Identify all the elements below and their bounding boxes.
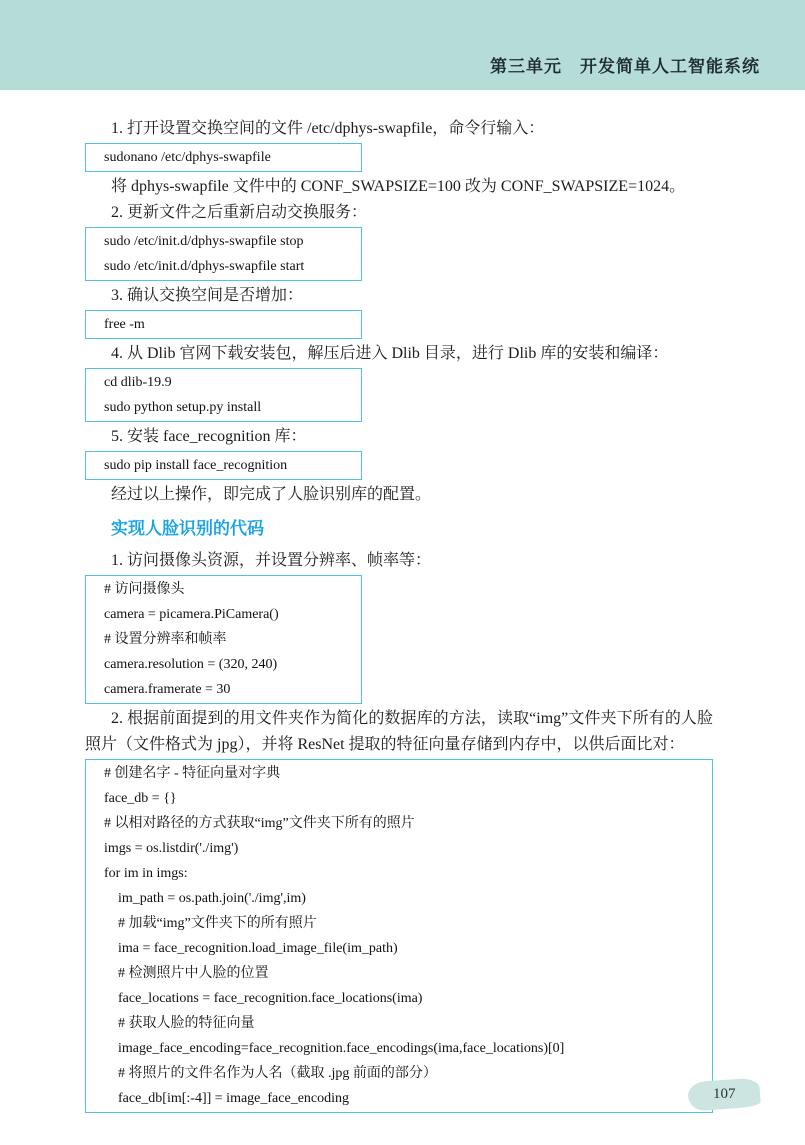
code-line: sudonano /etc/dphys-swapfile — [104, 145, 357, 170]
code-block-pip-install: sudo pip install face_recognition — [85, 451, 362, 480]
camera-step-text: 1. 访问摄像头资源，并设置分辨率、帧率等： — [85, 548, 713, 574]
step-2-text: 2. 更新文件之后重新启动交换服务： — [85, 200, 713, 226]
code-line: # 访问摄像头 — [104, 577, 357, 602]
code-line: face_locations = face_recognition.face_l… — [104, 986, 708, 1011]
code-line: ima = face_recognition.load_image_file(i… — [104, 936, 708, 961]
code-line: # 获取人脸的特征向量 — [104, 1011, 708, 1036]
code-line: for im in imgs: — [104, 861, 708, 886]
swapsize-note-text: 将 dphys-swapfile 文件中的 CONF_SWAPSIZE=100 … — [85, 174, 713, 200]
img-folder-step-text: 2. 根据前面提到的用文件夹作为简化的数据库的方法，读取“img”文件夹下所有的… — [85, 706, 713, 758]
section-heading-face-recognition-code: 实现人脸识别的代码 — [111, 516, 713, 542]
code-line: sudo python setup.py install — [104, 395, 357, 420]
chapter-title: 第三单元 开发简单人工智能系统 — [0, 0, 805, 77]
page-content: 1. 打开设置交换空间的文件 /etc/dphys-swapfile，命令行输入… — [85, 116, 713, 1115]
textbook-page: 第三单元 开发简单人工智能系统 1. 打开设置交换空间的文件 /etc/dphy… — [0, 0, 805, 1145]
code-block-swapfile-open: sudonano /etc/dphys-swapfile — [85, 143, 362, 172]
code-line: camera.resolution = (320, 240) — [104, 652, 357, 677]
code-line: imgs = os.listdir('./img') — [104, 836, 708, 861]
code-line: camera.framerate = 30 — [104, 677, 357, 702]
code-line: face_db = {} — [104, 786, 708, 811]
code-line: # 检测照片中人脸的位置 — [104, 961, 708, 986]
code-line: # 以相对路径的方式获取“img”文件夹下所有的照片 — [104, 811, 708, 836]
code-line: camera = picamera.PiCamera() — [104, 602, 357, 627]
config-done-text: 经过以上操作，即完成了人脸识别库的配置。 — [85, 482, 713, 508]
code-block-swap-restart: sudo /etc/init.d/dphys-swapfile stop sud… — [85, 227, 362, 281]
code-line: free -m — [104, 312, 357, 337]
code-line: # 设置分辨率和帧率 — [104, 627, 357, 652]
chapter-header-band: 第三单元 开发简单人工智能系统 — [0, 0, 805, 90]
step-5-text: 5. 安装 face_recognition 库： — [85, 424, 713, 450]
code-line: sudo /etc/init.d/dphys-swapfile stop — [104, 229, 357, 254]
code-line: # 加载“img”文件夹下的所有照片 — [104, 911, 708, 936]
code-line: # 将照片的文件名作为人名（截取 .jpg 前面的部分） — [104, 1061, 708, 1086]
step-4-text: 4. 从 Dlib 官网下载安装包，解压后进入 Dlib 目录，进行 Dlib … — [85, 341, 713, 367]
step-3-text: 3. 确认交换空间是否增加： — [85, 283, 713, 309]
code-block-dlib-install: cd dlib-19.9 sudo python setup.py instal… — [85, 368, 362, 422]
code-line: # 创建名字 - 特征向量对字典 — [104, 761, 708, 786]
page-number-badge: 107 — [687, 1078, 761, 1112]
page-number: 107 — [713, 1086, 736, 1103]
code-line: im_path = os.path.join('./img',im) — [104, 886, 708, 911]
code-line: sudo pip install face_recognition — [104, 453, 357, 478]
code-line: sudo /etc/init.d/dphys-swapfile start — [104, 254, 357, 279]
code-block-face-db-build: # 创建名字 - 特征向量对字典 face_db = {} # 以相对路径的方式… — [85, 759, 713, 1113]
code-line: image_face_encoding=face_recognition.fac… — [104, 1036, 708, 1061]
step-1-text: 1. 打开设置交换空间的文件 /etc/dphys-swapfile，命令行输入… — [85, 116, 713, 142]
code-block-free-m: free -m — [85, 310, 362, 339]
code-block-camera-setup: # 访问摄像头 camera = picamera.PiCamera() # 设… — [85, 575, 362, 704]
code-line: face_db[im[:-4]] = image_face_encoding — [104, 1086, 708, 1111]
code-line: cd dlib-19.9 — [104, 370, 357, 395]
